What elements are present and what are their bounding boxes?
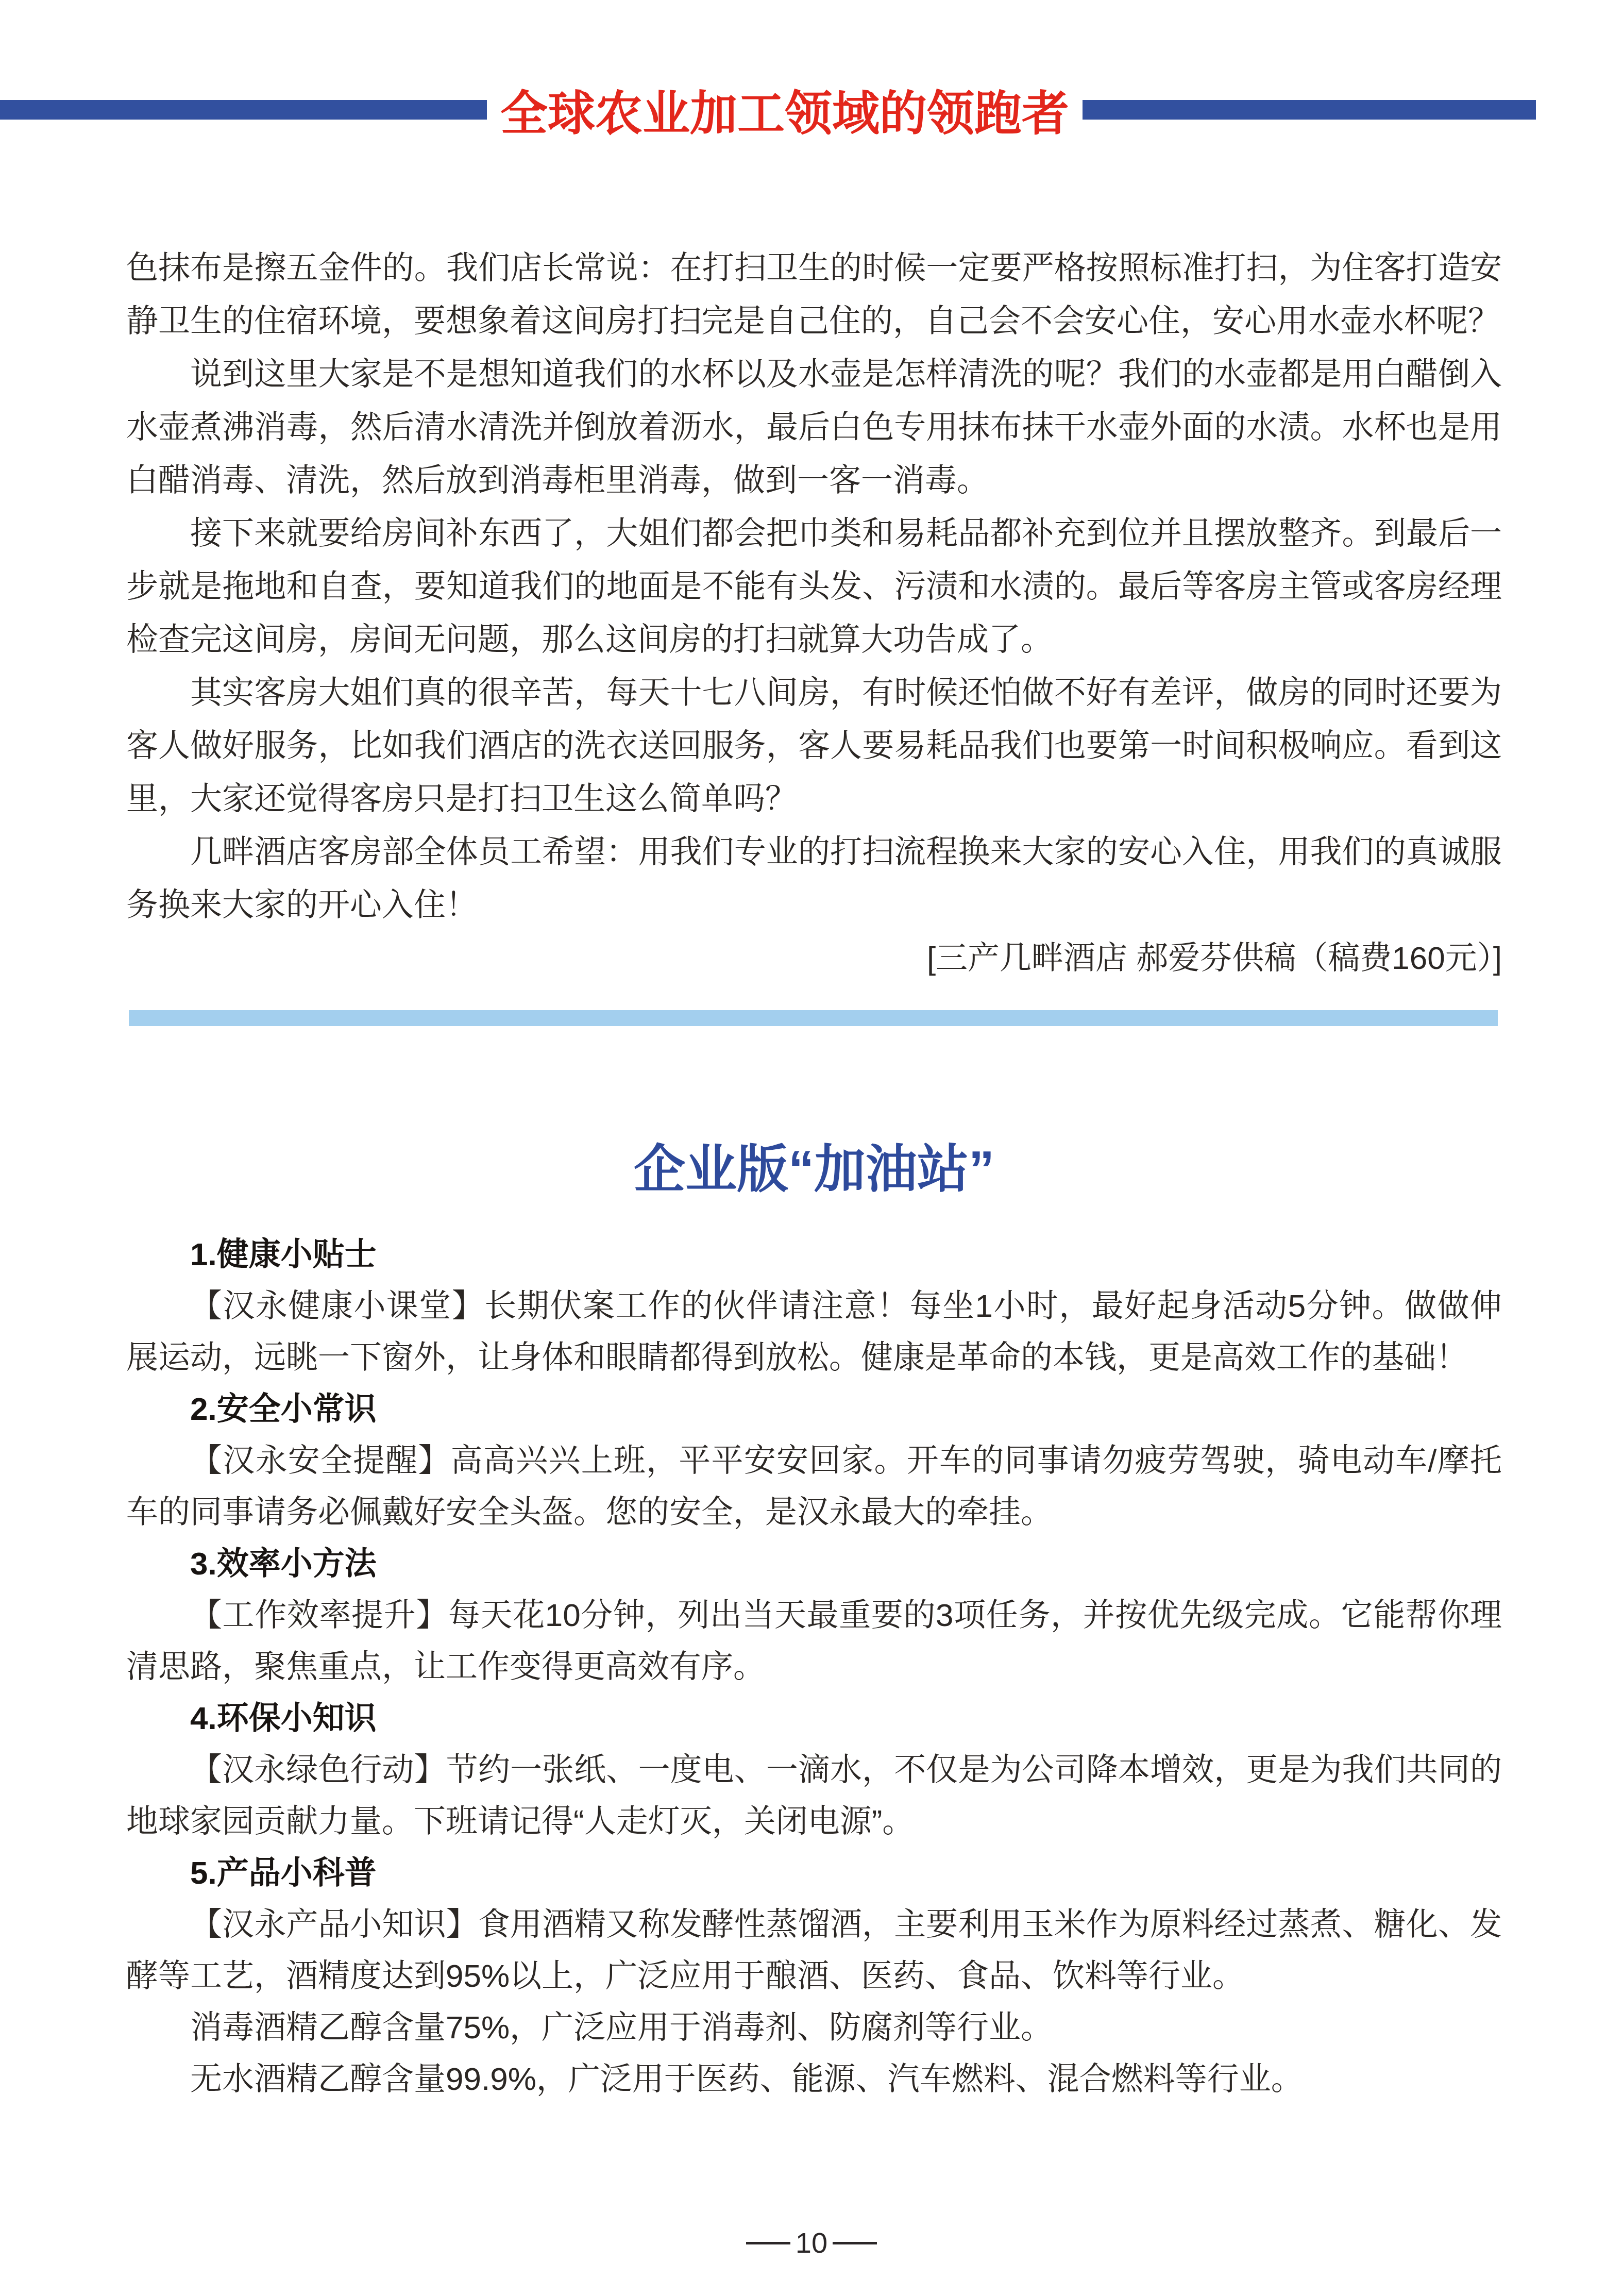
article-paragraph-3: 接下来就要给房间补东西了，大姐们都会把巾类和易耗品都补充到位并且摆放整齐。到最后…: [126, 507, 1502, 666]
newsletter-page-10: { "header": { "slogan": "全球农业加工领域的领跑者" }…: [0, 0, 1623, 2296]
masthead: 全球农业加工领域的领跑者: [0, 81, 1623, 138]
page-footer: 10: [0, 2226, 1623, 2259]
article-paragraph-4: 其实客房大姐们真的很辛苦，每天十七八间房，有时候还怕做不好有差评，做房的同时还要…: [126, 666, 1502, 826]
article-paragraph-1: 色抹布是擦五金件的。我们店长常说：在打扫卫生的时候一定要严格按照标准打扫，为住客…: [126, 242, 1502, 348]
tip-heading-product: 5.产品小科普: [126, 1848, 1502, 1899]
tip-heading-health: 1.健康小贴士: [126, 1229, 1502, 1281]
tip-body-efficiency: 【工作效率提升】每天花10分钟，列出当天最重要的3项任务，并按优先级完成。它能帮…: [126, 1590, 1502, 1693]
tip-body-safety: 【汉永安全提醒】高高兴兴上班，平平安安回家。开车的同事请勿疲劳驾驶，骑电动车/摩…: [126, 1435, 1502, 1538]
gas-station-tips: 1.健康小贴士 【汉永健康小课堂】长期伏案工作的伙伴请注意！每坐1小时，最好起身…: [126, 1229, 1502, 2105]
article-paragraph-5: 几畔酒店客房部全体员工希望：用我们专业的打扫流程换来大家的安心入住，用我们的真诚…: [126, 826, 1502, 932]
tip-heading-environment: 4.环保小知识: [126, 1693, 1502, 1745]
tip-body-product-1: 【汉永产品小知识】食用酒精又称发酵性蒸馏酒，主要利用玉米作为原料经过蒸煮、糖化、…: [126, 1899, 1502, 2002]
header-slogan: 全球农业加工领域的领跑者: [487, 76, 1083, 144]
tip-body-product-2: 消毒酒精乙醇含量75%，广泛应用于消毒剂、防腐剂等行业。: [126, 2002, 1502, 2054]
footer-dash-right-icon: [833, 2242, 877, 2244]
housekeeping-article: 色抹布是擦五金件的。我们店长常说：在打扫卫生的时候一定要严格按照标准打扫，为住客…: [126, 242, 1502, 985]
tip-body-environment: 【汉永绿色行动】节约一张纸、一度电、一滴水，不仅是为公司降本增效，更是为我们共同…: [126, 1745, 1502, 1848]
footer-dash-left-icon: [746, 2242, 790, 2244]
tip-heading-efficiency: 3.效率小方法: [126, 1538, 1502, 1590]
page-number: 10: [796, 2226, 827, 2259]
tip-body-product-3: 无水酒精乙醇含量99.9%，广泛用于医药、能源、汽车燃料、混合燃料等行业。: [126, 2054, 1502, 2105]
article-attribution: [三产几畔酒店 郝爱芬供稿（稿费160元）]: [126, 932, 1502, 985]
gas-station-title: 企业版“加油站”: [126, 1135, 1502, 1203]
tip-body-health: 【汉永健康小课堂】长期伏案工作的伙伴请注意！每坐1小时，最好起身活动5分钟。做做…: [126, 1281, 1502, 1384]
page-canvas: 全球农业加工领域的领跑者 色抹布是擦五金件的。我们店长常说：在打扫卫生的时候一定…: [0, 0, 1623, 2296]
header-rule-left: [0, 100, 487, 120]
article-paragraph-2: 说到这里大家是不是想知道我们的水杯以及水壶是怎样清洗的呢？我们的水壶都是用白醋倒…: [126, 348, 1502, 507]
tip-heading-safety: 2.安全小常识: [126, 1384, 1502, 1435]
section-divider-bar: [129, 1010, 1498, 1026]
header-rule-right: [1083, 100, 1536, 120]
